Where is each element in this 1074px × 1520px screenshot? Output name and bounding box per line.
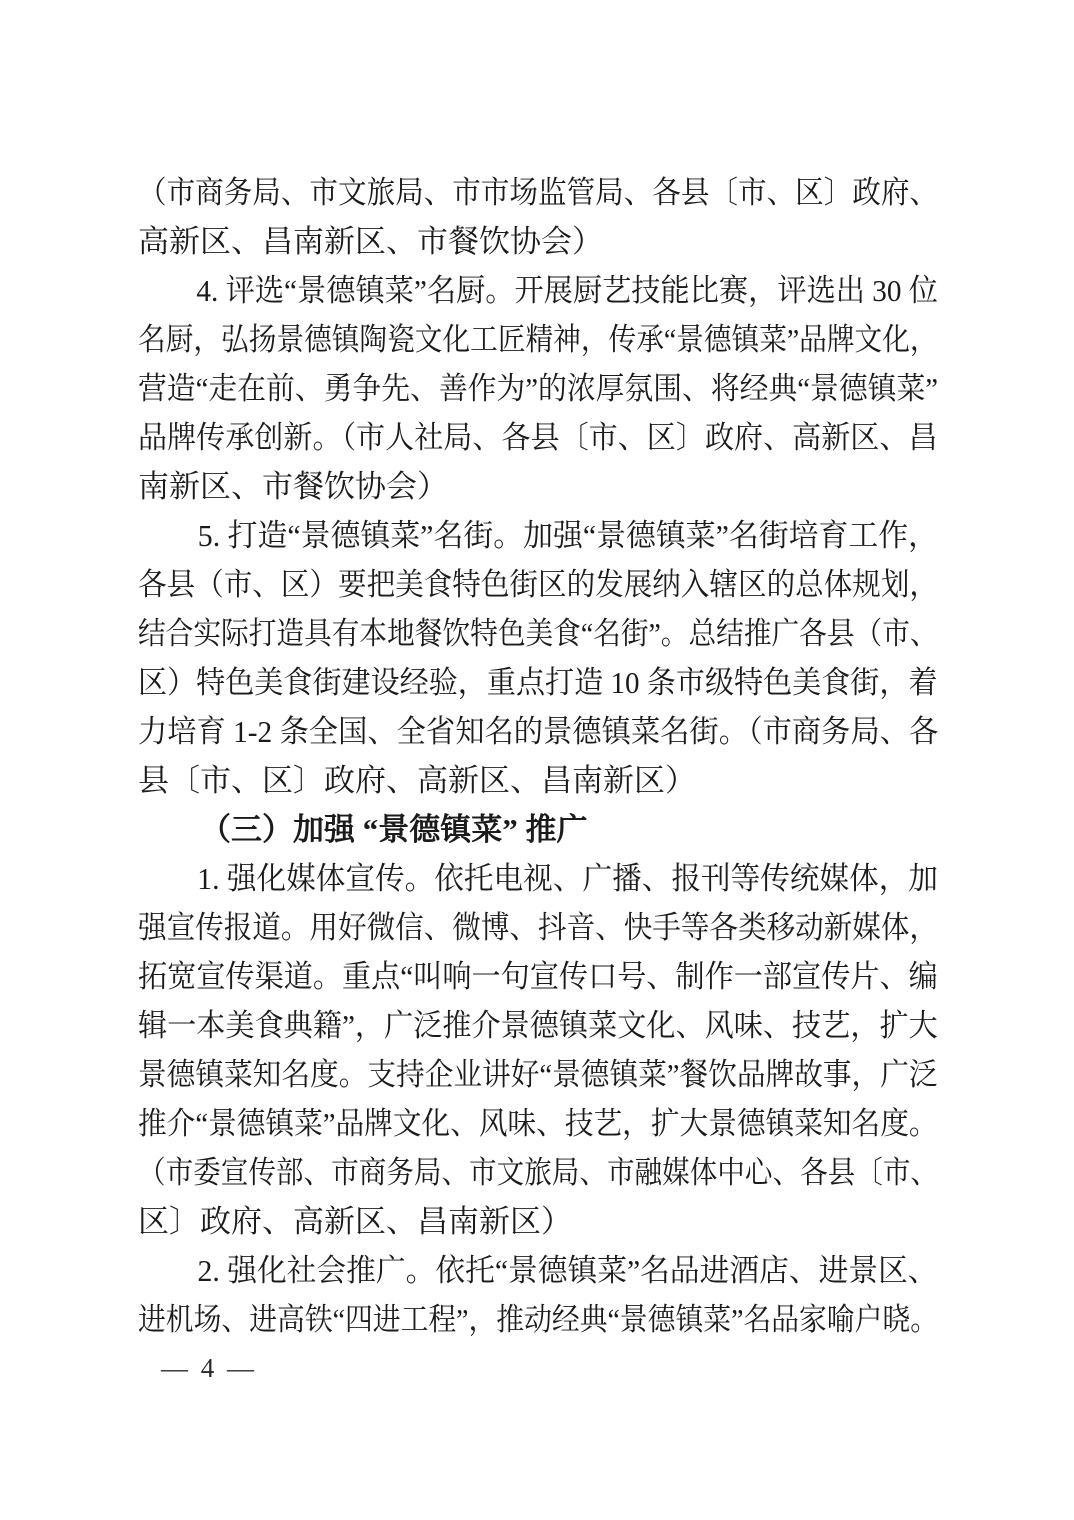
text-line: 2. 强化社会推广。依托“景德镇菜”名品进酒店、进景区、 [138,1246,905,1295]
text-line: 力培育 1-2 条全国、全省知名的景德镇菜名街。（市商务局、各 [138,707,894,756]
text-line: （市委宣传部、市商务局、市文旅局、市融媒体中心、各县〔市、 [138,1148,850,1197]
text-line: 区〕政府、高新区、昌南新区） [138,1197,938,1246]
text-line: 品牌传承创新。（市人社局、各县〔市、区〕政府、高新区、昌 [138,413,888,462]
text-line: 1. 强化媒体宣传。依托电视、广播、报刊等传统媒体，加 [138,854,903,903]
text-line: 南新区、市餐饮协会） [138,462,938,511]
document-body: （市商务局、市文旅局、市市场监管局、各县〔市、区〕政府、高新区、昌南新区、市餐饮… [138,168,938,1344]
text-line: 进机场、进高铁“四进工程”，推动经典“景德镇菜”名品家喻户晓。 [138,1295,855,1344]
text-line: 高新区、昌南新区、市餐饮协会） [138,217,938,266]
text-line: 营造“走在前、勇争先、善作为”的浓厚氛围、将经典“景德镇菜” [138,364,881,413]
text-line: 拓宽宣传渠道。重点“叫响一句宣传口号、制作一部宣传片、编 [138,952,890,1001]
text-line: 县〔市、区〕政府、高新区、昌南新区） [138,756,938,805]
section-heading: （三）加强 “景德镇菜” 推广 [138,805,938,854]
text-line: 各县（市、区）要把美食特色街区的发展纳入辖区的总体规划， [138,560,875,609]
text-line: （市商务局、市文旅局、市市场监管局、各县〔市、区〕政府、 [138,168,875,217]
text-line: 强宣传报道。用好微信、微博、抖音、快手等各类移动新媒体， [138,903,875,952]
text-line: 结合实际打造具有本地餐饮特色美食“名街”。总结推广各县（市、 [138,609,852,658]
text-line: 4. 评选“景德镇菜”名厨。开展厨艺技能比赛，评选出 30 位 [138,266,892,315]
text-line: 景德镇菜知名度。支持企业讲好“景德镇菜”餐饮品牌故事，广泛 [138,1050,878,1099]
page-number: — 4 — [161,1350,257,1386]
text-line: 区）特色美食街建设经验，重点打造 10 条市级特色美食街，着 [138,658,888,707]
text-line: 推介“景德镇菜”品牌文化、风味、技艺，扩大景德镇菜知名度。 [138,1099,878,1148]
text-line: 名厨，弘扬景德镇陶瓷文化工匠精神，传承“景德镇菜”品牌文化， [138,315,852,364]
document-page: （市商务局、市文旅局、市市场监管局、各县〔市、区〕政府、高新区、昌南新区、市餐饮… [0,0,1074,1520]
text-line: 辑一本美食典籍”，广泛推介景德镇菜文化、风味、技艺，扩大 [138,1001,890,1050]
text-line: 5. 打造“景德镇菜”名街。加强“景德镇菜”名街培育工作， [138,511,909,560]
